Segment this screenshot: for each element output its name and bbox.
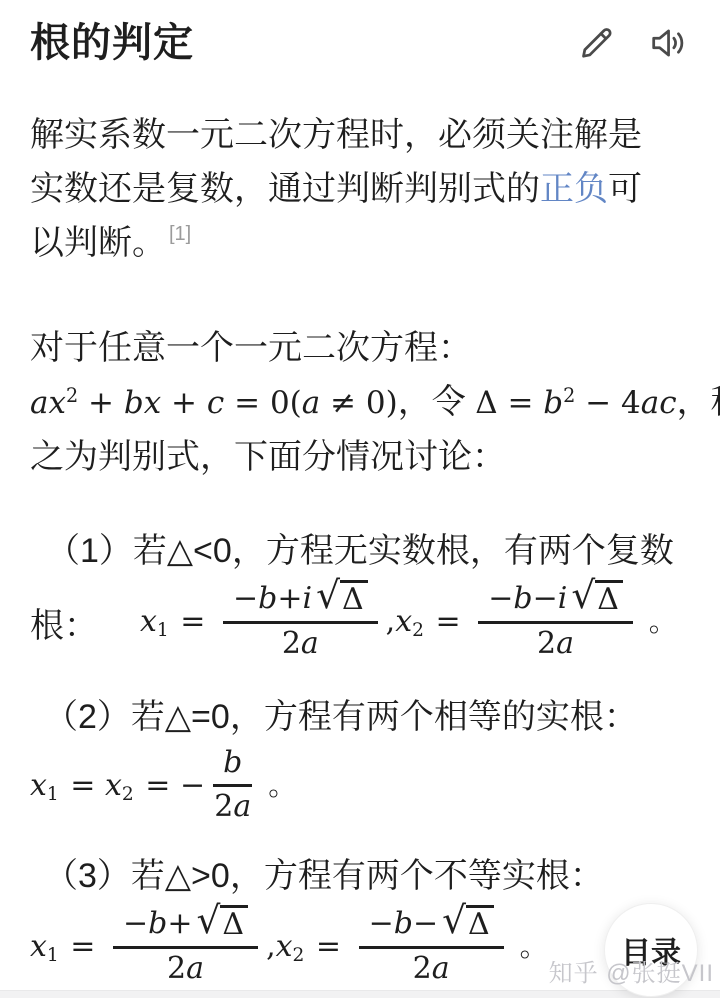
- case-1-header: （1）若△<0，方程无实数根，有两个复数: [30, 524, 690, 578]
- formula-discriminant-definition: Δ = b2 − 4ac: [475, 385, 676, 420]
- case-2-formula-line: x1 = x2 = −b2a 。: [30, 748, 690, 828]
- case-3-header: （3）若△>0，方程有两个不等实根：: [30, 849, 690, 903]
- formula-real-roots: x1 = −b + √Δ2a,x2 = −b − √Δ2a 。: [30, 930, 548, 963]
- equation-trailing: ，称: [677, 383, 720, 421]
- intro-line-2: 实数还是复数，通过判断判别式的正负可: [30, 162, 690, 216]
- intro-text: 实数还是复数，通过判断判别式的: [30, 170, 540, 208]
- equation-line: ax2 + bx + c = 0(a ≠ 0)，令 Δ = b2 − 4ac，称: [30, 375, 690, 430]
- intro-paragraph: 解实系数一元二次方程时，必须关注解是 实数还是复数，通过判断判别式的正负可 以判…: [30, 108, 690, 275]
- definition-text: 之为判别式，下面分情况讨论：: [30, 438, 506, 476]
- bottom-edge-strip: [0, 990, 720, 998]
- citation-ref-1[interactable]: [1]: [169, 223, 191, 245]
- discriminant-sign-link[interactable]: 正负: [540, 170, 608, 208]
- watermark: 知乎 @张挺VII: [549, 953, 714, 988]
- definition-line-1: 对于任意一个一元二次方程：: [30, 321, 690, 375]
- case-negative-discriminant: （1）若△<0，方程无实数根，有两个复数 根：x1 = −b + i√Δ2a,x…: [30, 524, 690, 664]
- article-header: 根的判定: [30, 0, 690, 68]
- edit-icon[interactable]: [574, 21, 618, 65]
- formula-complex-roots: x1 = −b + i√Δ2a,x2 = −b − i√Δ2a 。: [140, 605, 677, 638]
- intro-text: 可: [608, 170, 642, 208]
- intro-text: 解实系数一元二次方程时，必须关注解是: [30, 116, 642, 154]
- speaker-icon[interactable]: [646, 21, 690, 65]
- definition-paragraph: 对于任意一个一元二次方程： ax2 + bx + c = 0(a ≠ 0)，令 …: [30, 321, 690, 484]
- intro-line-1: 解实系数一元二次方程时，必须关注解是: [30, 108, 690, 162]
- case-2-header: （2）若△=0，方程有两个相等的实根：: [30, 690, 690, 744]
- case-1-formula-line: 根：x1 = −b + i√Δ2a,x2 = −b − i√Δ2a 。: [30, 582, 690, 664]
- case-zero-discriminant: （2）若△=0，方程有两个相等的实根： x1 = x2 = −b2a 。: [30, 690, 690, 828]
- definition-line-3: 之为判别式，下面分情况讨论：: [30, 430, 690, 484]
- intro-line-3: 以判断。[1]: [30, 216, 690, 275]
- case-1-label: 根：: [30, 607, 98, 645]
- formula-quadratic-equation: ax2 + bx + c = 0(a ≠ 0): [30, 385, 398, 420]
- definition-text: 对于任意一个一元二次方程：: [30, 329, 472, 367]
- intro-text: 以判断。: [30, 224, 166, 262]
- equation-connector: ，令: [398, 383, 475, 421]
- article-content: 根的判定 解实系数一元二次方程时，必须关注解是 实数还是复数，通过判断判别式的正…: [0, 0, 720, 989]
- page-title: 根的判定: [30, 18, 546, 68]
- formula-equal-roots: x1 = x2 = −b2a 。: [30, 769, 297, 802]
